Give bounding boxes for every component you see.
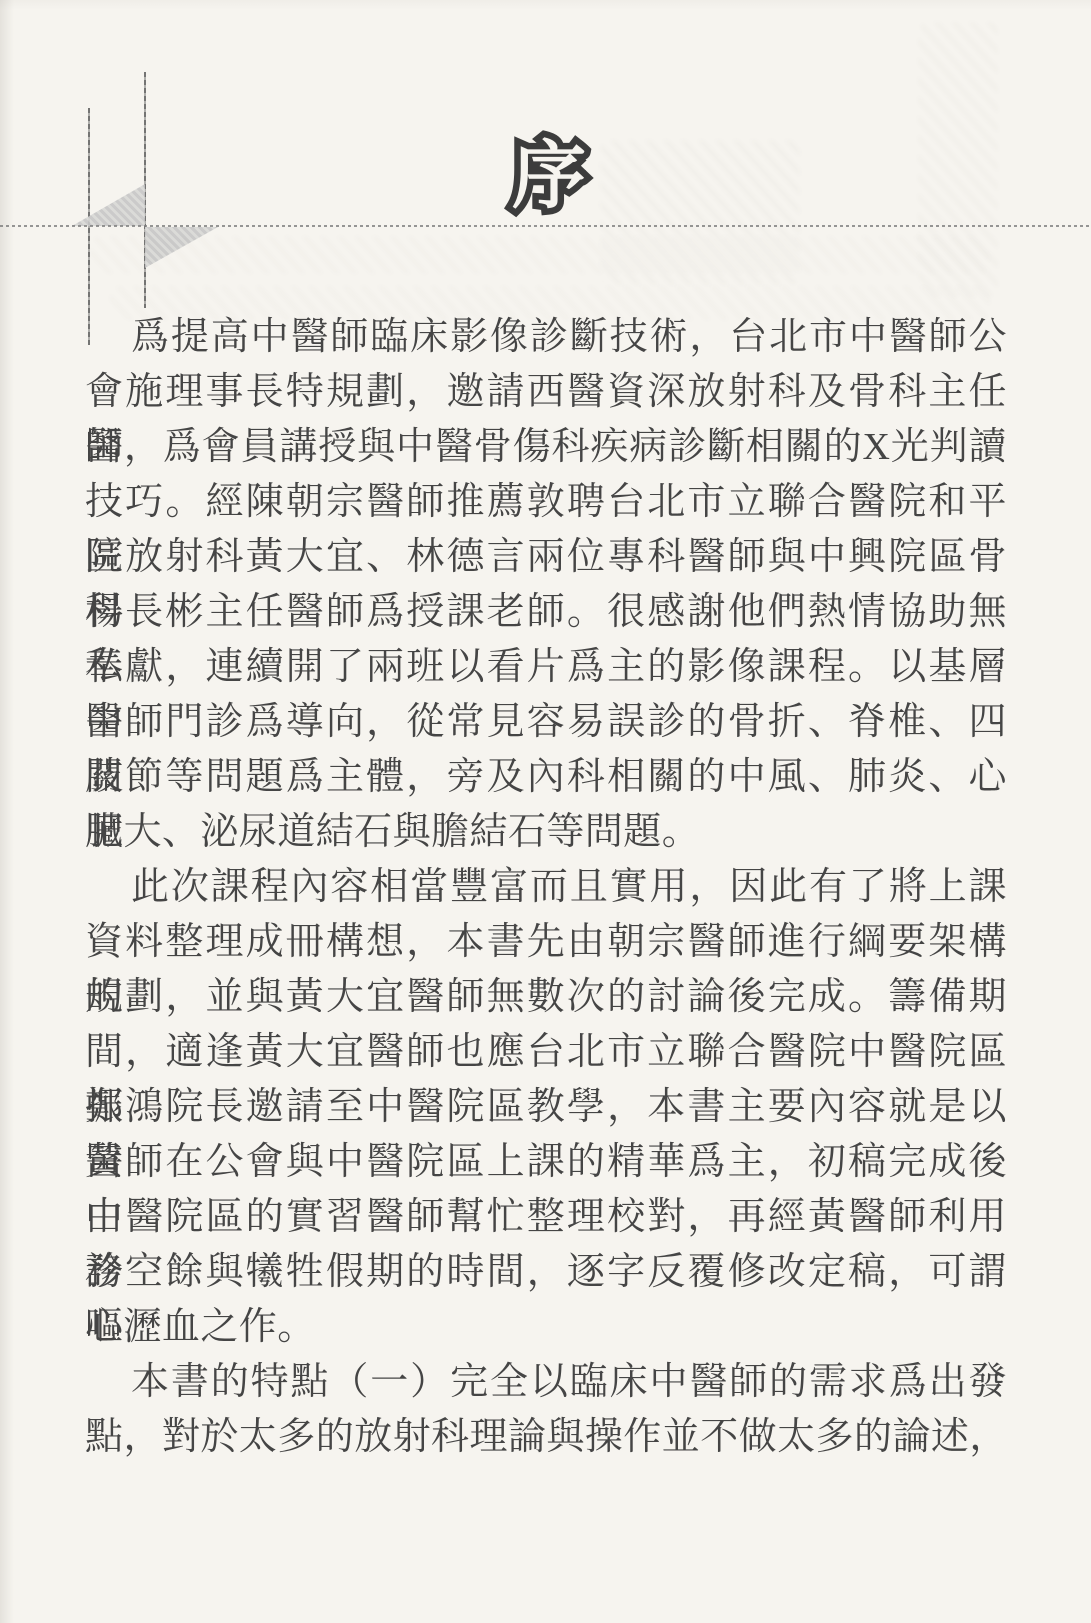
page-title: 序 序 [509,134,589,218]
preface-body: 爲提高中醫師臨床影像診斷技術，台北市中醫師公會施理事長特規劃，邀請西醫資深放射科… [85,310,1007,1465]
corner-triangle-upper [72,184,145,226]
corner-triangle-lower [145,227,218,268]
body-line: 心瀝血之作。 [85,1300,1007,1355]
body-line: 爲提高中醫師臨床影像診斷技術，台北市中醫師公 [85,310,1007,365]
body-line: 務空餘與犧牲假期的時間，逐字反覆修改定稿，可謂嘔 [85,1245,1007,1300]
body-line: 中醫院區的實習醫師幫忙整理校對，再經黃醫師利用診 [85,1190,1007,1245]
body-line: 振鴻院長邀請至中醫院區教學，本書主要內容就是以黃 [85,1080,1007,1135]
body-line: 區放射科黃大宜、林德言兩位專科醫師與中興院區骨科 [85,530,1007,585]
dotted-horizontal-rule [0,225,1091,227]
body-line: 此次課程內容相當豐富而且實用，因此有了將上課 [85,860,1007,915]
body-line: 本書的特點（一）完全以臨床中醫師的需求爲出發 [85,1355,1007,1410]
body-line: 規劃，並與黃大宜醫師無數次的討論後完成。籌備期 [85,970,1007,1025]
body-line: 資料整理成冊構想，本書先由朝宗醫師進行綱要架構的 [85,915,1007,970]
body-line: 師，爲會員講授與中醫骨傷科疾病診斷相關的X光判讀 [85,420,1007,475]
body-line: 點，對於太多的放射科理論與操作並不做太多的論述， [85,1410,1007,1465]
body-line: 技巧。經陳朝宗醫師推薦敦聘台北市立聯合醫院和平院 [85,475,1007,530]
body-line: 醫師門診爲導向，從常見容易誤診的骨折、脊椎、四肢 [85,695,1007,750]
body-line: 醫師在公會與中醫院區上課的精華爲主，初稿完成後由 [85,1135,1007,1190]
bleed-through-artifact [600,140,800,285]
bleed-through-artifact [918,22,998,297]
body-line: 會施理事長特規劃，邀請西醫資深放射科及骨科主任醫 [85,365,1007,420]
body-line: 間，適逢黃大宜醫師也應台北市立聯合醫院中醫院區鄭 [85,1025,1007,1080]
scanned-book-page: 序 序 爲提高中醫師臨床影像診斷技術，台北市中醫師公會施理事長特規劃，邀請西醫資… [0,0,1091,1623]
page-title-fill: 序 [509,134,589,218]
body-line: 關節等問題爲主體，旁及內科相關的中風、肺炎、心臟 [85,750,1007,805]
body-line: 奉獻，連續開了兩班以看片爲主的影像課程。以基層中 [85,640,1007,695]
body-line: 肥大、泌尿道結石與膽結石等問題。 [85,805,1007,860]
bleed-through-artifact [90,236,990,274]
body-line: 楊長彬主任醫師爲授課老師。很感謝他們熱情協助無私 [85,585,1007,640]
